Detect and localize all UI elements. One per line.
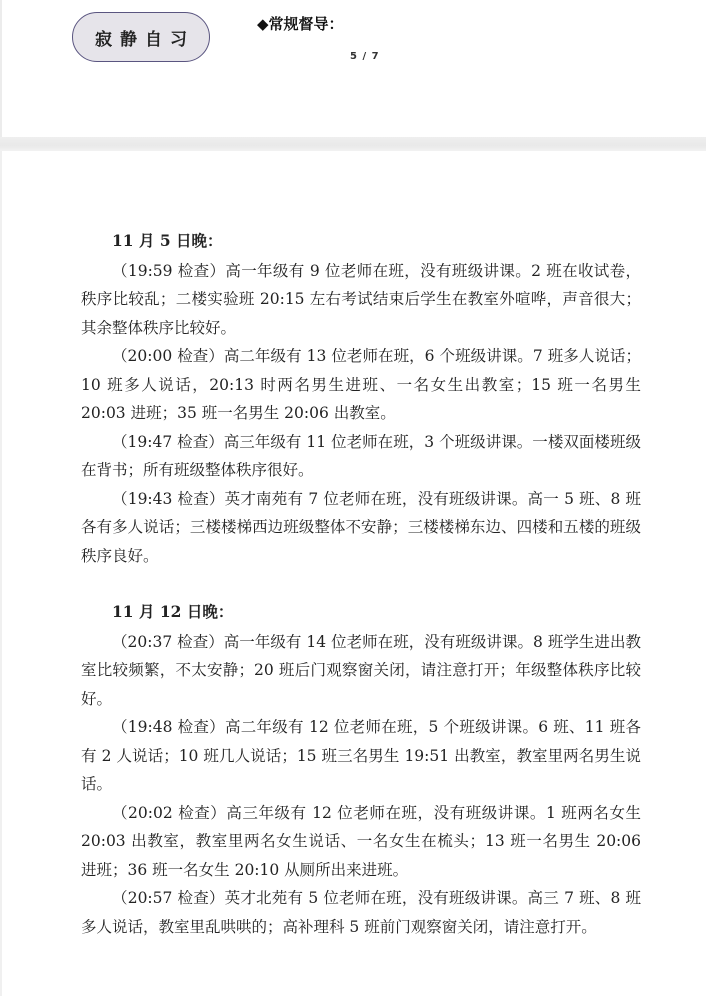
previous-page-top: 寂静自习 ◆常规督导： 5 / 7 bbox=[0, 0, 706, 137]
inspection-entry: （20:02 检查）高三年级有 12 位老师在班，没有班级讲课。1 班两名女生 … bbox=[81, 799, 641, 885]
inspection-entry: （19:48 检查）高二年级有 12 位老师在班，5 个班级讲课。6 班、11 … bbox=[81, 713, 641, 799]
inspection-entry: （20:00 检查）高二年级有 13 位老师在班，6 个班级讲课。7 班多人说话… bbox=[81, 342, 641, 428]
day-block-nov-12: 11 月 12 日晚： （20:37 检查）高一年级有 14 位老师在班，没有班… bbox=[81, 598, 641, 941]
page-indicator: 5 / 7 bbox=[350, 51, 380, 62]
day-title: 11 月 5 日晚： bbox=[81, 227, 641, 256]
inspection-entry: （19:43 检查）英才南苑有 7 位老师在班，没有班级讲课。高一 5 班、8 … bbox=[81, 485, 641, 571]
inspection-entry: （19:47 检查）高三年级有 11 位老师在班，3 个班级讲课。一楼双面楼班级… bbox=[81, 428, 641, 485]
day-block-nov-5: 11 月 5 日晚： （19:59 检查）高一年级有 9 位老师在班，没有班级讲… bbox=[81, 227, 641, 570]
section-heading: ◆常规督导： bbox=[257, 13, 344, 34]
day-title: 11 月 12 日晚： bbox=[81, 598, 641, 627]
self-study-label-pill: 寂静自习 bbox=[72, 12, 210, 62]
page-divider bbox=[0, 137, 706, 151]
report-content: 11 月 5 日晚： （19:59 检查）高一年级有 9 位老师在班，没有班级讲… bbox=[81, 227, 641, 969]
inspection-entry: （20:57 检查）英才北苑有 5 位老师在班，没有班级讲课。高三 7 班、8 … bbox=[81, 884, 641, 941]
inspection-entry: （19:59 检查）高一年级有 9 位老师在班，没有班级讲课。2 班在收试卷，秩… bbox=[81, 257, 641, 343]
inspection-entry: （20:37 检查）高一年级有 14 位老师在班，没有班级讲课。8 班学生进出教… bbox=[81, 628, 641, 714]
